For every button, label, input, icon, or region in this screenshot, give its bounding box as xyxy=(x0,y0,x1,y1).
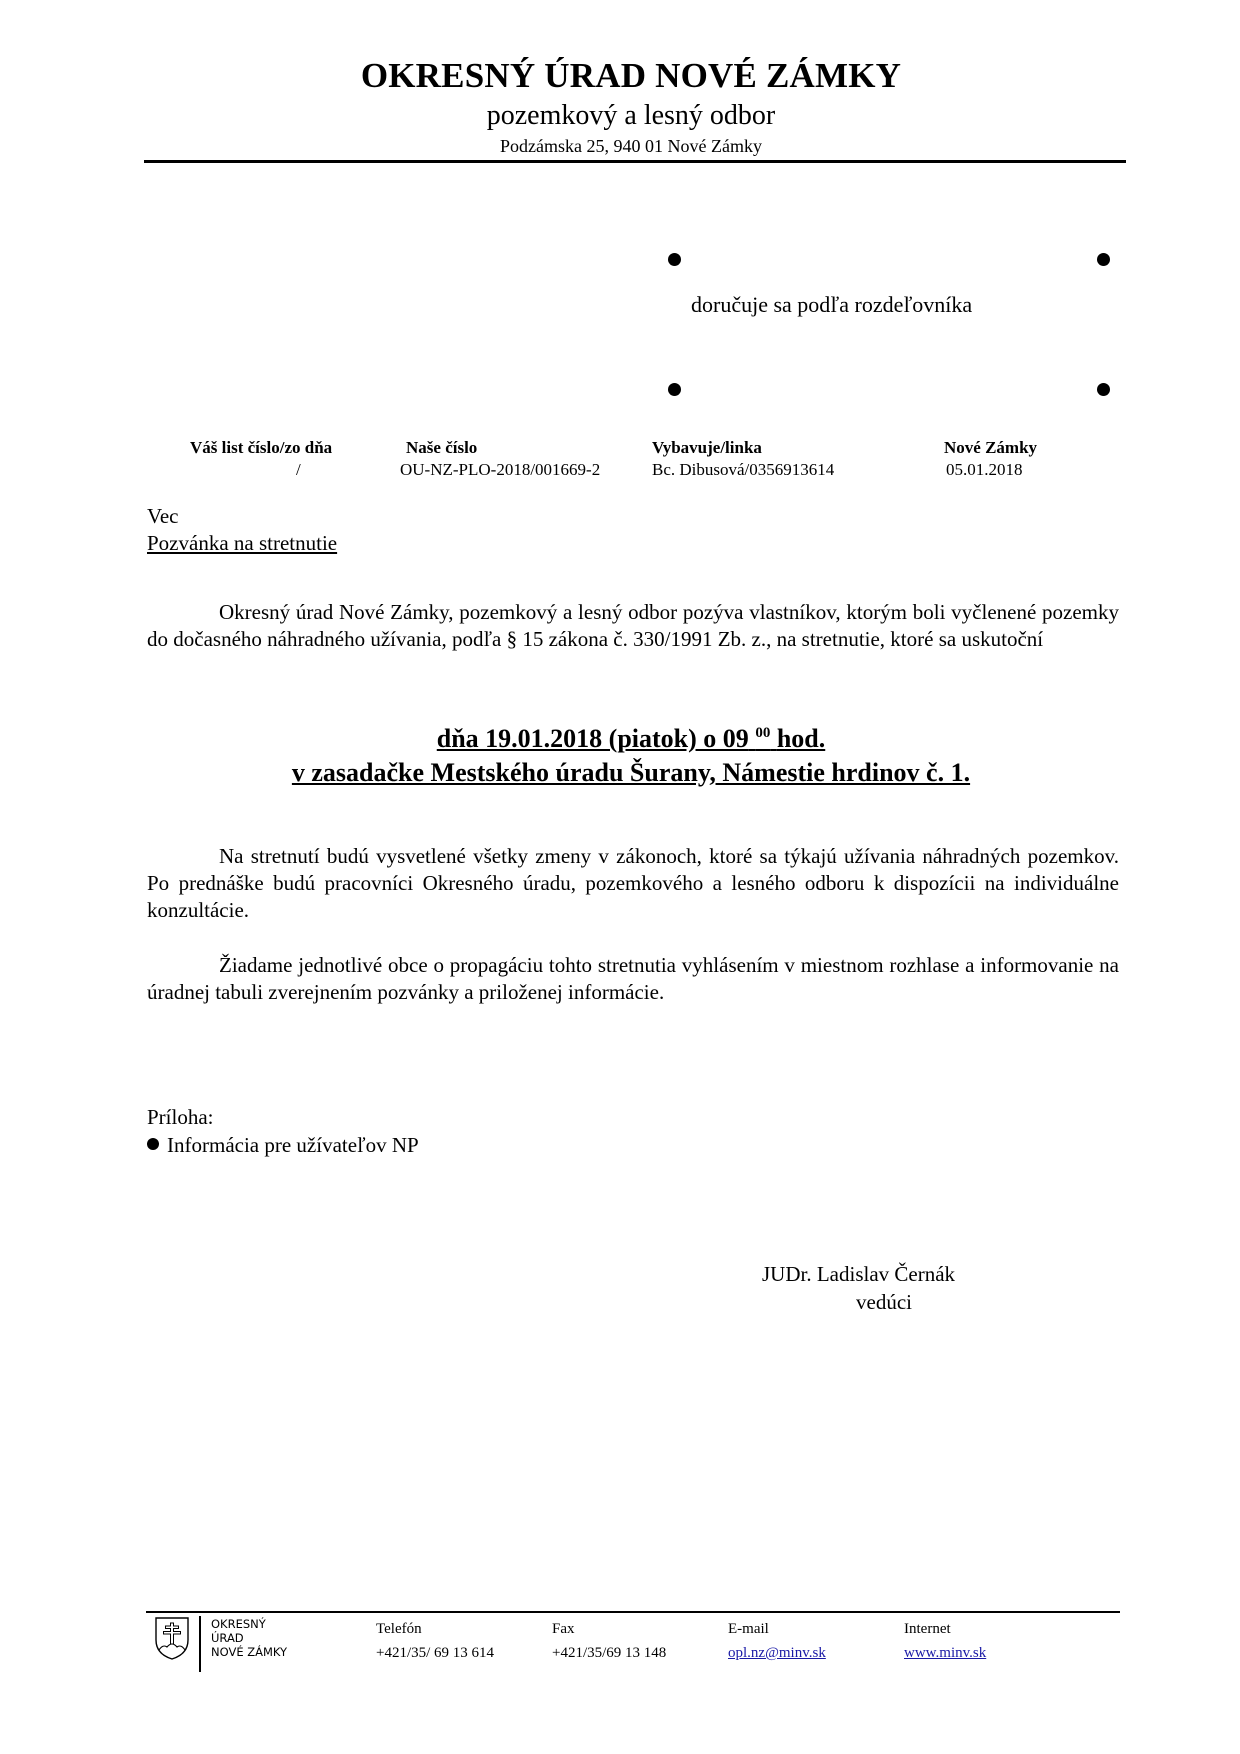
address-corner-mark-icon xyxy=(1097,253,1110,266)
ref-value-date: 05.01.2018 xyxy=(946,460,1023,480)
footer-fax-label: Fax xyxy=(552,1621,575,1638)
event-date-line: dňa 19.01.2018 (piatok) o 09 00 hod. xyxy=(0,724,1240,754)
ref-label-our-number: Naše číslo xyxy=(406,438,477,458)
footer-phone-label: Telefón xyxy=(376,1621,422,1638)
body-paragraph-2: Na stretnutí budú vysvetlené všetky zmen… xyxy=(147,843,1119,924)
signatory-role: vedúci xyxy=(856,1290,912,1315)
body-paragraph-1: Okresný úrad Nové Zámky, pozemkový a les… xyxy=(147,599,1119,653)
address-corner-mark-icon xyxy=(668,253,681,266)
ref-label-handled-by: Vybavuje/linka xyxy=(652,438,762,458)
header-divider xyxy=(144,160,1126,163)
ref-value-your-letter: / xyxy=(296,460,301,480)
address-corner-mark-icon xyxy=(668,383,681,396)
ref-label-your-letter: Váš list číslo/zo dňa xyxy=(190,438,332,458)
address-corner-mark-icon xyxy=(1097,383,1110,396)
bullet-icon xyxy=(147,1138,159,1150)
footer-logo-text: OKRESNÝ ÚRAD NOVÉ ZÁMKY xyxy=(211,1617,287,1659)
office-title: OKRESNÝ ÚRAD NOVÉ ZÁMKY xyxy=(0,56,1240,96)
subject-text: Pozvánka na stretnutie xyxy=(147,531,337,556)
subject-label: Vec xyxy=(147,504,178,529)
ref-value-our-number: OU-NZ-PLO-2018/001669-2 xyxy=(400,460,600,480)
office-address: Podzámska 25, 940 01 Nové Zámky xyxy=(0,136,1240,157)
footer-logo-separator xyxy=(199,1616,201,1672)
department-name: pozemkový a lesný odbor xyxy=(0,100,1240,132)
footer-email-link[interactable]: opl.nz@minv.sk xyxy=(728,1645,826,1662)
ref-label-place: Nové Zámky xyxy=(944,438,1037,458)
footer-fax-value: +421/35/69 13 148 xyxy=(552,1645,666,1662)
ref-value-handled-by: Bc. Dibusová/0356913614 xyxy=(652,460,834,480)
recipient-text: doručuje sa podľa rozdeľovníka xyxy=(691,292,972,318)
body-paragraph-3: Žiadame jednotlivé obce o propagáciu toh… xyxy=(147,952,1119,1006)
slovak-coat-of-arms-icon xyxy=(154,1616,190,1660)
footer-email-label: E-mail xyxy=(728,1621,769,1638)
attachments-label: Príloha: xyxy=(147,1105,214,1130)
event-location-line: v zasadačke Mestského úradu Šurany, Náme… xyxy=(0,758,1240,788)
footer-website-link[interactable]: www.minv.sk xyxy=(904,1645,986,1662)
signatory-name: JUDr. Ladislav Černák xyxy=(762,1262,955,1287)
footer-phone-value: +421/35/ 69 13 614 xyxy=(376,1645,494,1662)
attachment-item: Informácia pre užívateľov NP xyxy=(147,1133,419,1158)
footer-internet-label: Internet xyxy=(904,1621,951,1638)
footer-divider xyxy=(146,1611,1120,1613)
